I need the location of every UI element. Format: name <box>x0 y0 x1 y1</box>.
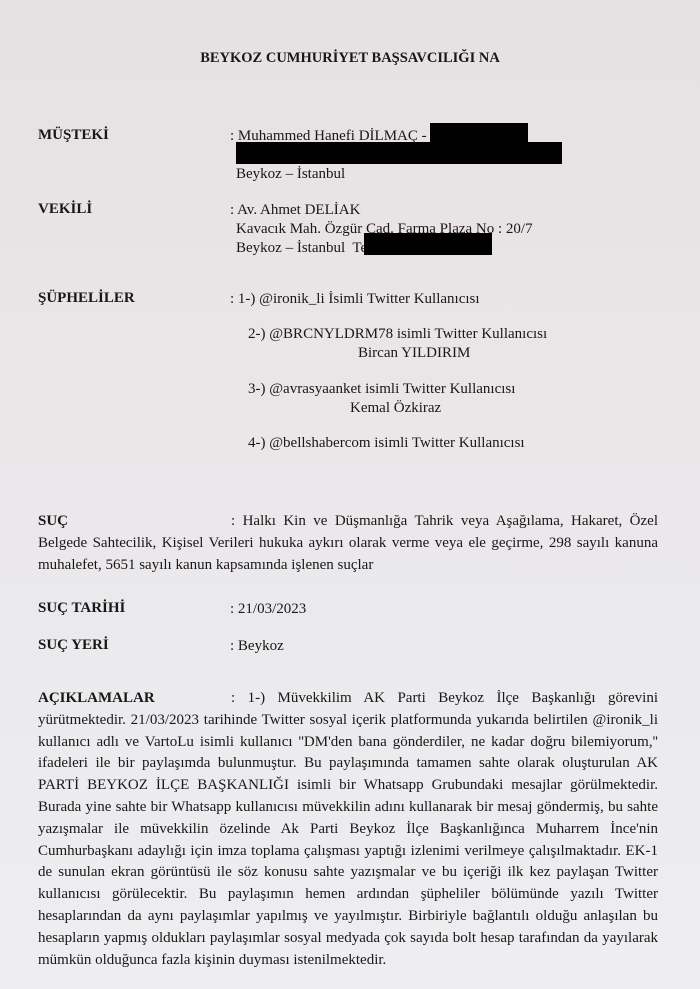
musteki-label: MÜŞTEKİ <box>38 127 109 144</box>
aciklamalar-label: AÇIKLAMALAR <box>38 688 231 710</box>
redaction-box <box>364 233 492 255</box>
suc-tarihi-label: SUÇ TARİHİ <box>38 600 125 617</box>
suc-section: SUÇ: Halkı Kin ve Düşmanlığa Tahrik veya… <box>38 511 658 576</box>
suspect-2-name: Bircan YILDIRIM <box>358 344 470 362</box>
vekili-name: : Av. Ahmet DELİAK <box>230 201 360 219</box>
suspect-3: 3-) @avrasyaanket isimli Twitter Kullanı… <box>248 380 515 398</box>
redaction-box <box>236 142 562 164</box>
suc-yeri-value: : Beykoz <box>230 637 284 655</box>
complaint-document: BEYKOZ CUMHURİYET BAŞSAVCILIĞI NA MÜŞTEK… <box>0 0 700 989</box>
document-title: BEYKOZ CUMHURİYET BAŞSAVCILIĞI NA <box>0 50 700 67</box>
musteki-city: Beykoz – İstanbul <box>236 165 345 183</box>
aciklamalar-text: : 1-) Müvekkilim AK Parti Beykoz İlçe Ba… <box>38 690 658 968</box>
vekili-city-tel: Beykoz – İstanbul Tel: <box>236 239 375 257</box>
suspect-4: 4-) @bellshabercom isimli Twitter Kullan… <box>248 434 525 452</box>
supheliler-label: ŞÜPHELİLER <box>38 290 135 307</box>
suc-label: SUÇ <box>38 511 231 533</box>
suspect-1: : 1-) @ironik_li İsimli Twitter Kullanıc… <box>230 290 480 308</box>
vekili-label: VEKİLİ <box>38 201 92 218</box>
suspect-2: 2-) @BRCNYLDRM78 isimli Twitter Kullanıc… <box>248 325 547 343</box>
suspect-3-name: Kemal Özkiraz <box>350 399 441 417</box>
suc-yeri-label: SUÇ YERİ <box>38 637 109 654</box>
redaction-box <box>430 123 528 143</box>
aciklamalar-section: AÇIKLAMALAR: 1-) Müvekkilim AK Parti Bey… <box>38 688 658 971</box>
suc-tarihi-value: : 21/03/2023 <box>230 600 306 618</box>
